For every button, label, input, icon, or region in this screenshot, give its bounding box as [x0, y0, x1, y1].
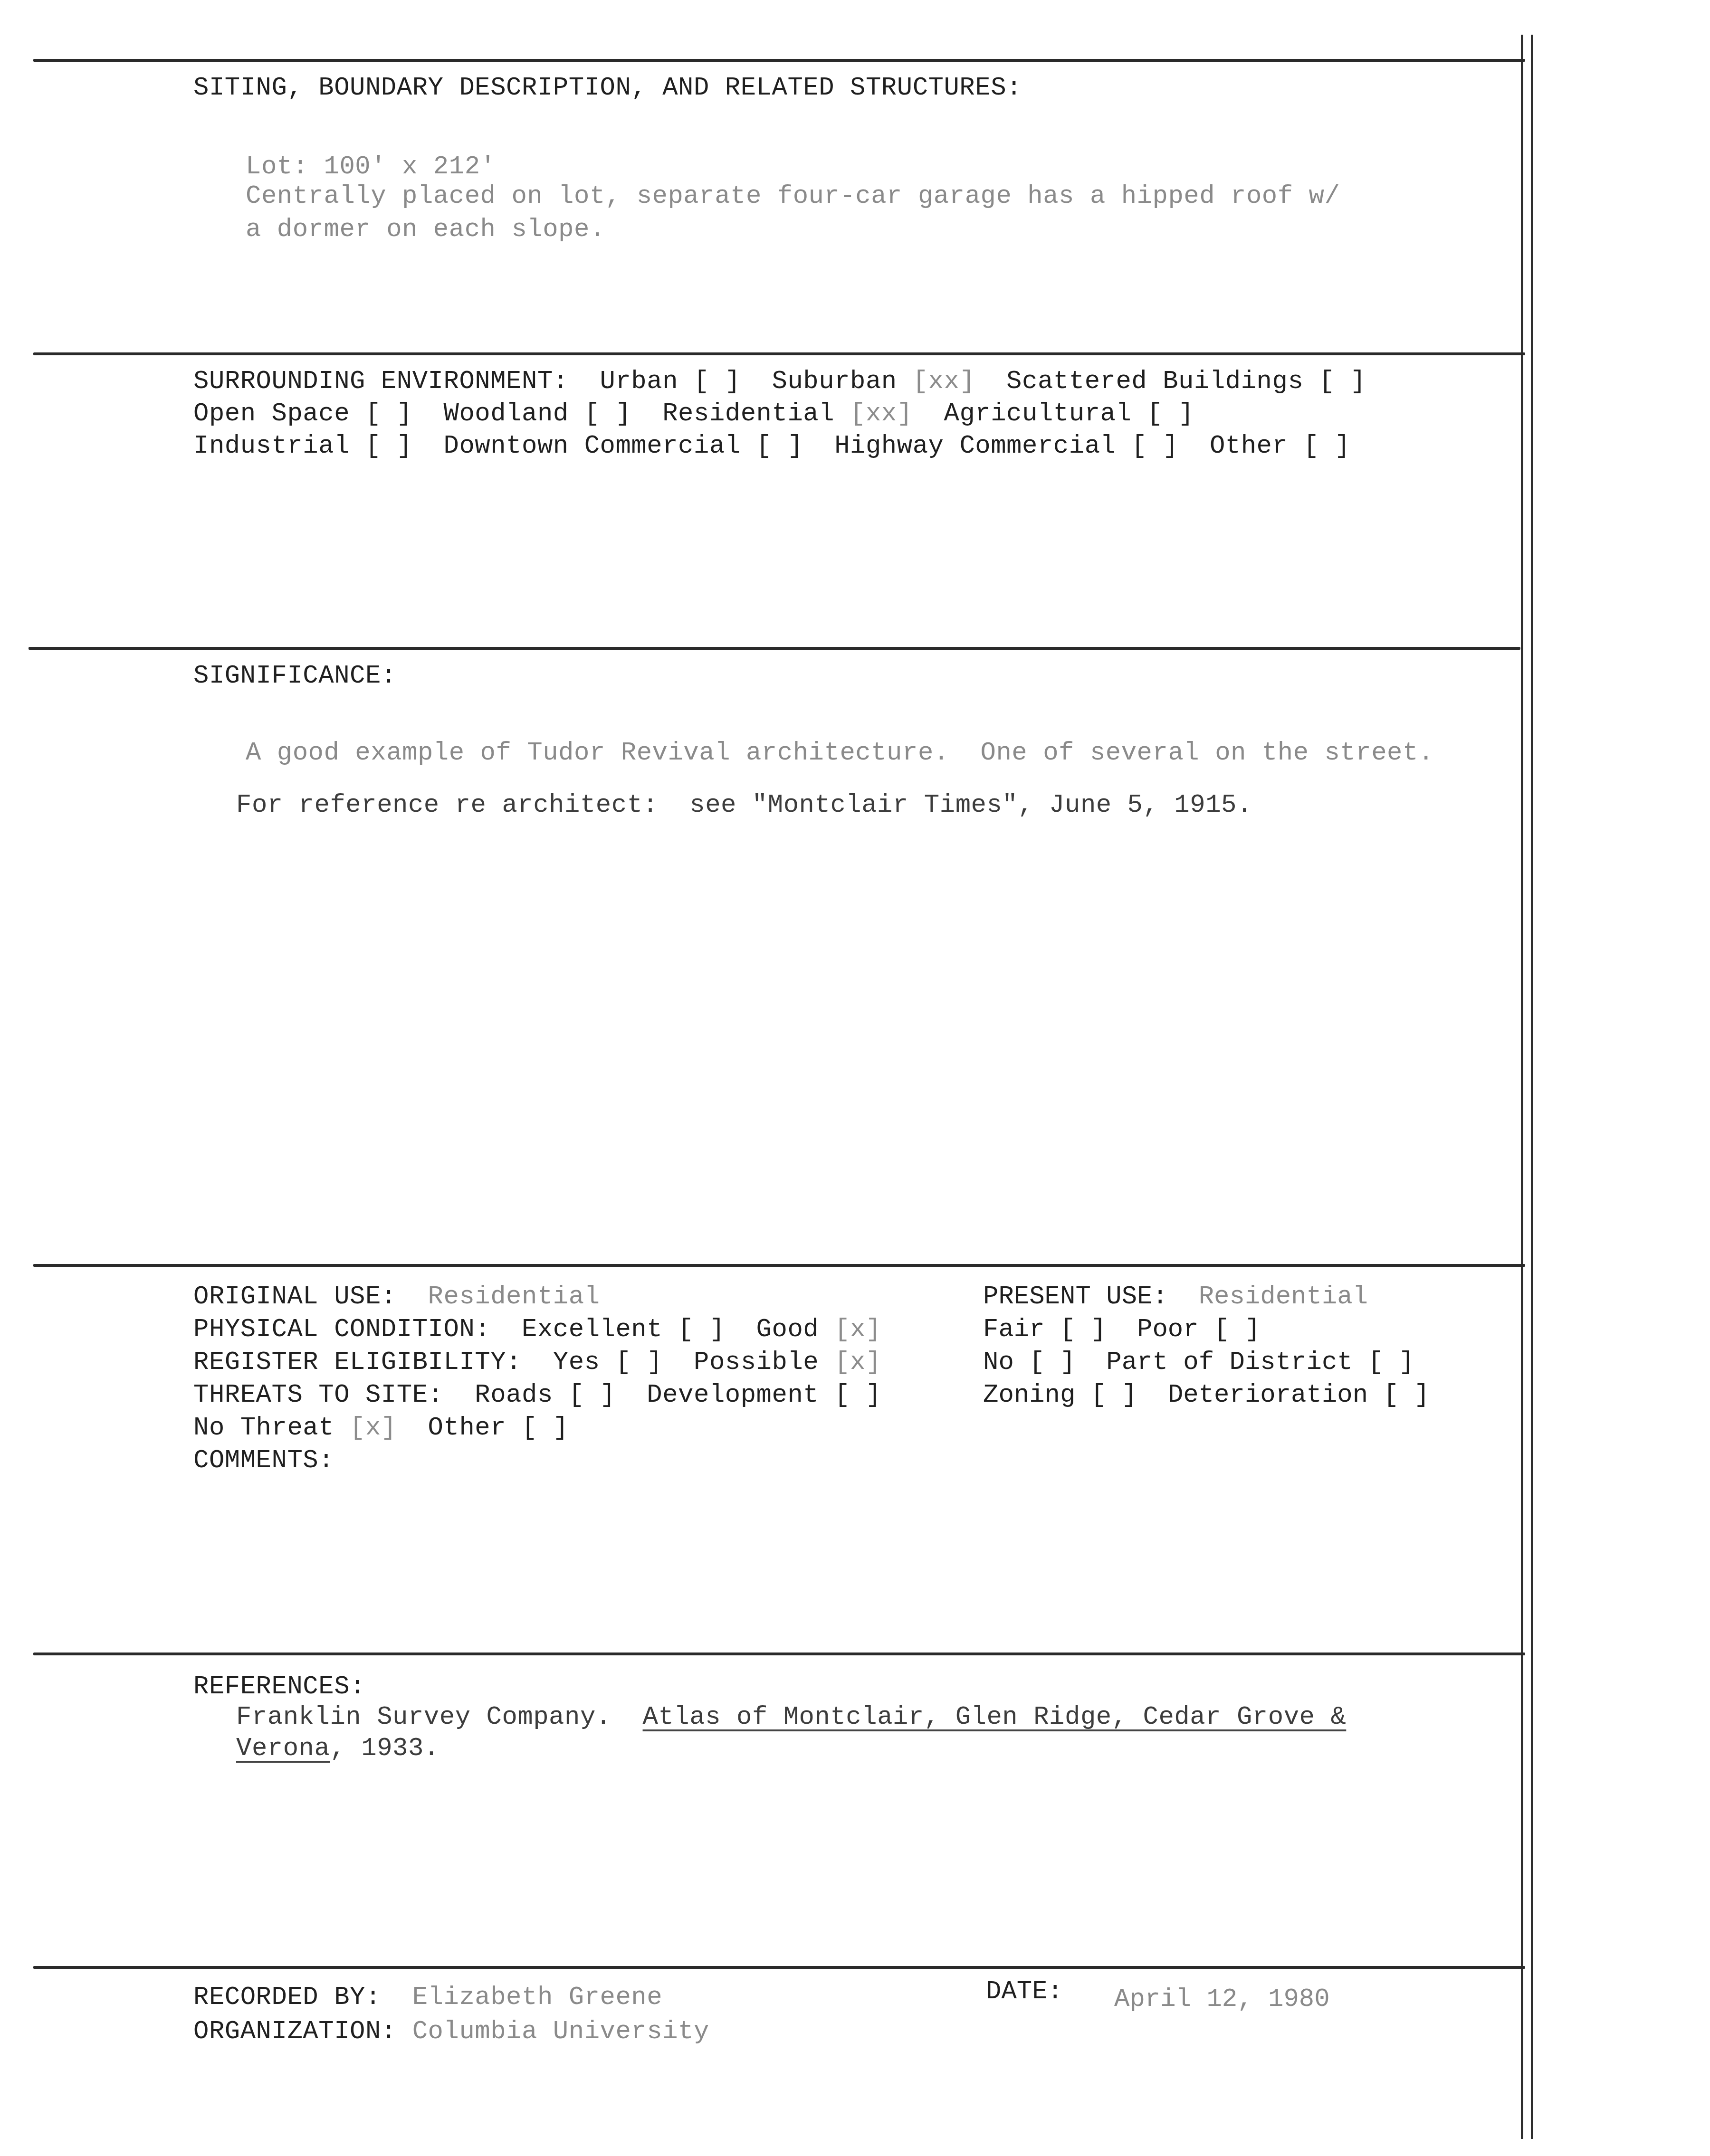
option-roads[interactable]: Roads [ ] [475, 1381, 615, 1410]
option-threat-other[interactable]: Other [ ] [428, 1414, 569, 1443]
option-possible[interactable]: Possible [x] [694, 1348, 881, 1377]
option-good[interactable]: Good [x] [756, 1315, 881, 1344]
significance-text-line-1: A good example of Tudor Revival architec… [246, 737, 1434, 769]
original-use-value: Residential [428, 1282, 600, 1311]
option-poor[interactable]: Poor [ ] [1137, 1315, 1260, 1344]
option-woodland[interactable]: Woodland [ ] [444, 399, 631, 428]
organization-row: ORGANIZATION: Columbia University [193, 2016, 709, 2048]
option-part-of-district[interactable]: Part of District [ ] [1106, 1348, 1414, 1377]
reference-title: Atlas of Montclair, Glen Ridge, Cedar Gr… [643, 1703, 1347, 1732]
recorded-by-row: RECORDED BY: Elizabeth Greene [193, 1982, 662, 2014]
right-border-outer-line [1531, 35, 1533, 2139]
organization-value: Columbia University [412, 2017, 709, 2046]
option-urban[interactable]: Urban [ ] [600, 367, 741, 396]
comments-label: COMMENTS: [193, 1445, 334, 1477]
threats-row-2: No Threat [x] Other [ ] [193, 1412, 569, 1444]
surrounding-row-1: SURROUNDING ENVIRONMENT: Urban [ ] Subur… [193, 366, 1366, 398]
checkbox-agricultural[interactable]: [ ] [1147, 399, 1194, 428]
checkbox-open-space[interactable]: [ ] [365, 399, 412, 428]
section-divider [33, 352, 1525, 355]
checkbox-scattered-buildings[interactable]: [ ] [1319, 367, 1366, 396]
lot-value: 100' x 212' [324, 152, 496, 181]
siting-description-line-2: a dormer on each slope. [246, 214, 605, 246]
section-divider [33, 1264, 1525, 1267]
reference-title-continued: Verona [236, 1734, 330, 1763]
checkbox-downtown-commercial[interactable]: [ ] [756, 432, 803, 461]
siting-description-line-1: Centrally placed on lot, separate four-c… [246, 180, 1340, 213]
physical-condition-row: PHYSICAL CONDITION: Excellent [ ] Good [… [193, 1314, 881, 1346]
recorded-by-value: Elizabeth Greene [412, 1983, 662, 2012]
option-no[interactable]: No [ ] [983, 1348, 1075, 1377]
recorded-by-label: RECORDED BY: [193, 1983, 381, 2012]
right-border-inner-line [1521, 35, 1523, 2139]
option-scattered-buildings[interactable]: Scattered Buildings [ ] [1006, 367, 1366, 396]
option-deterioration[interactable]: Deterioration [ ] [1168, 1381, 1430, 1410]
checkbox-other[interactable]: [ ] [1303, 432, 1350, 461]
option-open-space[interactable]: Open Space [ ] [193, 399, 412, 428]
checkbox-residential[interactable]: [xx] [850, 399, 913, 428]
original-use-row: ORIGINAL USE: Residential [193, 1281, 600, 1313]
checkbox-development[interactable]: [ ] [834, 1381, 881, 1410]
checkbox-fair[interactable]: [ ] [1060, 1315, 1106, 1344]
option-suburban[interactable]: Suburban [xx] [772, 367, 975, 396]
checkbox-zoning[interactable]: [ ] [1091, 1381, 1137, 1410]
significance-text-line-2: For reference re architect: see "Montcla… [236, 789, 1252, 822]
significance-heading: SIGNIFICANCE: [193, 660, 397, 693]
reference-line-2: Verona, 1933. [236, 1733, 439, 1765]
physical-condition-label: PHYSICAL CONDITION: [193, 1315, 490, 1344]
option-excellent[interactable]: Excellent [ ] [522, 1315, 725, 1344]
checkbox-excellent[interactable]: [ ] [678, 1315, 725, 1344]
option-industrial[interactable]: Industrial [ ] [193, 432, 412, 461]
option-downtown-commercial[interactable]: Downtown Commercial [ ] [444, 432, 803, 461]
checkbox-highway-commercial[interactable]: [ ] [1131, 432, 1178, 461]
option-residential[interactable]: Residential [xx] [662, 399, 913, 428]
checkbox-possible[interactable]: [x] [834, 1348, 881, 1377]
register-eligibility-row: REGISTER ELIGIBILITY: Yes [ ] Possible [… [193, 1347, 881, 1379]
checkbox-industrial[interactable]: [ ] [365, 432, 412, 461]
present-use-label: PRESENT USE: [983, 1282, 1168, 1311]
section-divider [33, 59, 1525, 62]
surrounding-heading: SURROUNDING ENVIRONMENT: [193, 367, 569, 396]
option-development[interactable]: Development [ ] [647, 1381, 881, 1410]
physical-condition-row-right: Fair [ ] Poor [ ] [983, 1314, 1260, 1346]
option-zoning[interactable]: Zoning [ ] [983, 1381, 1137, 1410]
reference-author: Franklin Survey Company. [236, 1703, 611, 1732]
checkbox-threat-other[interactable]: [ ] [522, 1414, 569, 1443]
checkbox-good[interactable]: [x] [834, 1315, 881, 1344]
option-other[interactable]: Other [ ] [1210, 432, 1350, 461]
lot-line: Lot: 100' x 212' [246, 151, 496, 183]
reference-year: , 1933. [330, 1734, 439, 1763]
option-fair[interactable]: Fair [ ] [983, 1315, 1106, 1344]
checkbox-poor[interactable]: [ ] [1214, 1315, 1260, 1344]
option-no-threat[interactable]: No Threat [x] [193, 1414, 397, 1443]
checkbox-roads[interactable]: [ ] [569, 1381, 616, 1410]
section-divider [29, 647, 1520, 650]
organization-label: ORGANIZATION: [193, 2017, 397, 2046]
siting-heading: SITING, BOUNDARY DESCRIPTION, AND RELATE… [193, 72, 1022, 104]
original-use-label: ORIGINAL USE: [193, 1282, 397, 1311]
option-agricultural[interactable]: Agricultural [ ] [944, 399, 1194, 428]
checkbox-no-threat[interactable]: [x] [350, 1414, 397, 1443]
threats-label: THREATS TO SITE: [193, 1381, 443, 1410]
threats-row: THREATS TO SITE: Roads [ ] Development [… [193, 1379, 881, 1412]
surrounding-row-3: Industrial [ ] Downtown Commercial [ ] H… [193, 430, 1350, 463]
option-highway-commercial[interactable]: Highway Commercial [ ] [834, 432, 1178, 461]
checkbox-yes[interactable]: [ ] [615, 1348, 662, 1377]
present-use-value: Residential [1199, 1282, 1368, 1311]
section-divider [33, 1653, 1525, 1655]
register-eligibility-label: REGISTER ELIGIBILITY: [193, 1348, 522, 1377]
surrounding-row-2: Open Space [ ] Woodland [ ] Residential … [193, 398, 1194, 430]
checkbox-urban[interactable]: [ ] [694, 367, 741, 396]
present-use-row: PRESENT USE: Residential [983, 1281, 1368, 1313]
date-value: April 12, 1980 [1114, 1984, 1330, 2016]
register-eligibility-row-right: No [ ] Part of District [ ] [983, 1347, 1414, 1379]
date-label: DATE: [986, 1976, 1063, 2008]
threats-row-right: Zoning [ ] Deterioration [ ] [983, 1379, 1430, 1412]
reference-line-1: Franklin Survey Company. Atlas of Montcl… [236, 1701, 1346, 1734]
checkbox-deterioration[interactable]: [ ] [1384, 1381, 1430, 1410]
checkbox-suburban[interactable]: [xx] [913, 367, 975, 396]
checkbox-no[interactable]: [ ] [1029, 1348, 1075, 1377]
option-yes[interactable]: Yes [ ] [553, 1348, 662, 1377]
section-divider [33, 1966, 1525, 1969]
lot-label: Lot: [246, 152, 308, 181]
checkbox-part-of-district[interactable]: [ ] [1368, 1348, 1414, 1377]
references-heading: REFERENCES: [193, 1671, 365, 1703]
checkbox-woodland[interactable]: [ ] [584, 399, 631, 428]
